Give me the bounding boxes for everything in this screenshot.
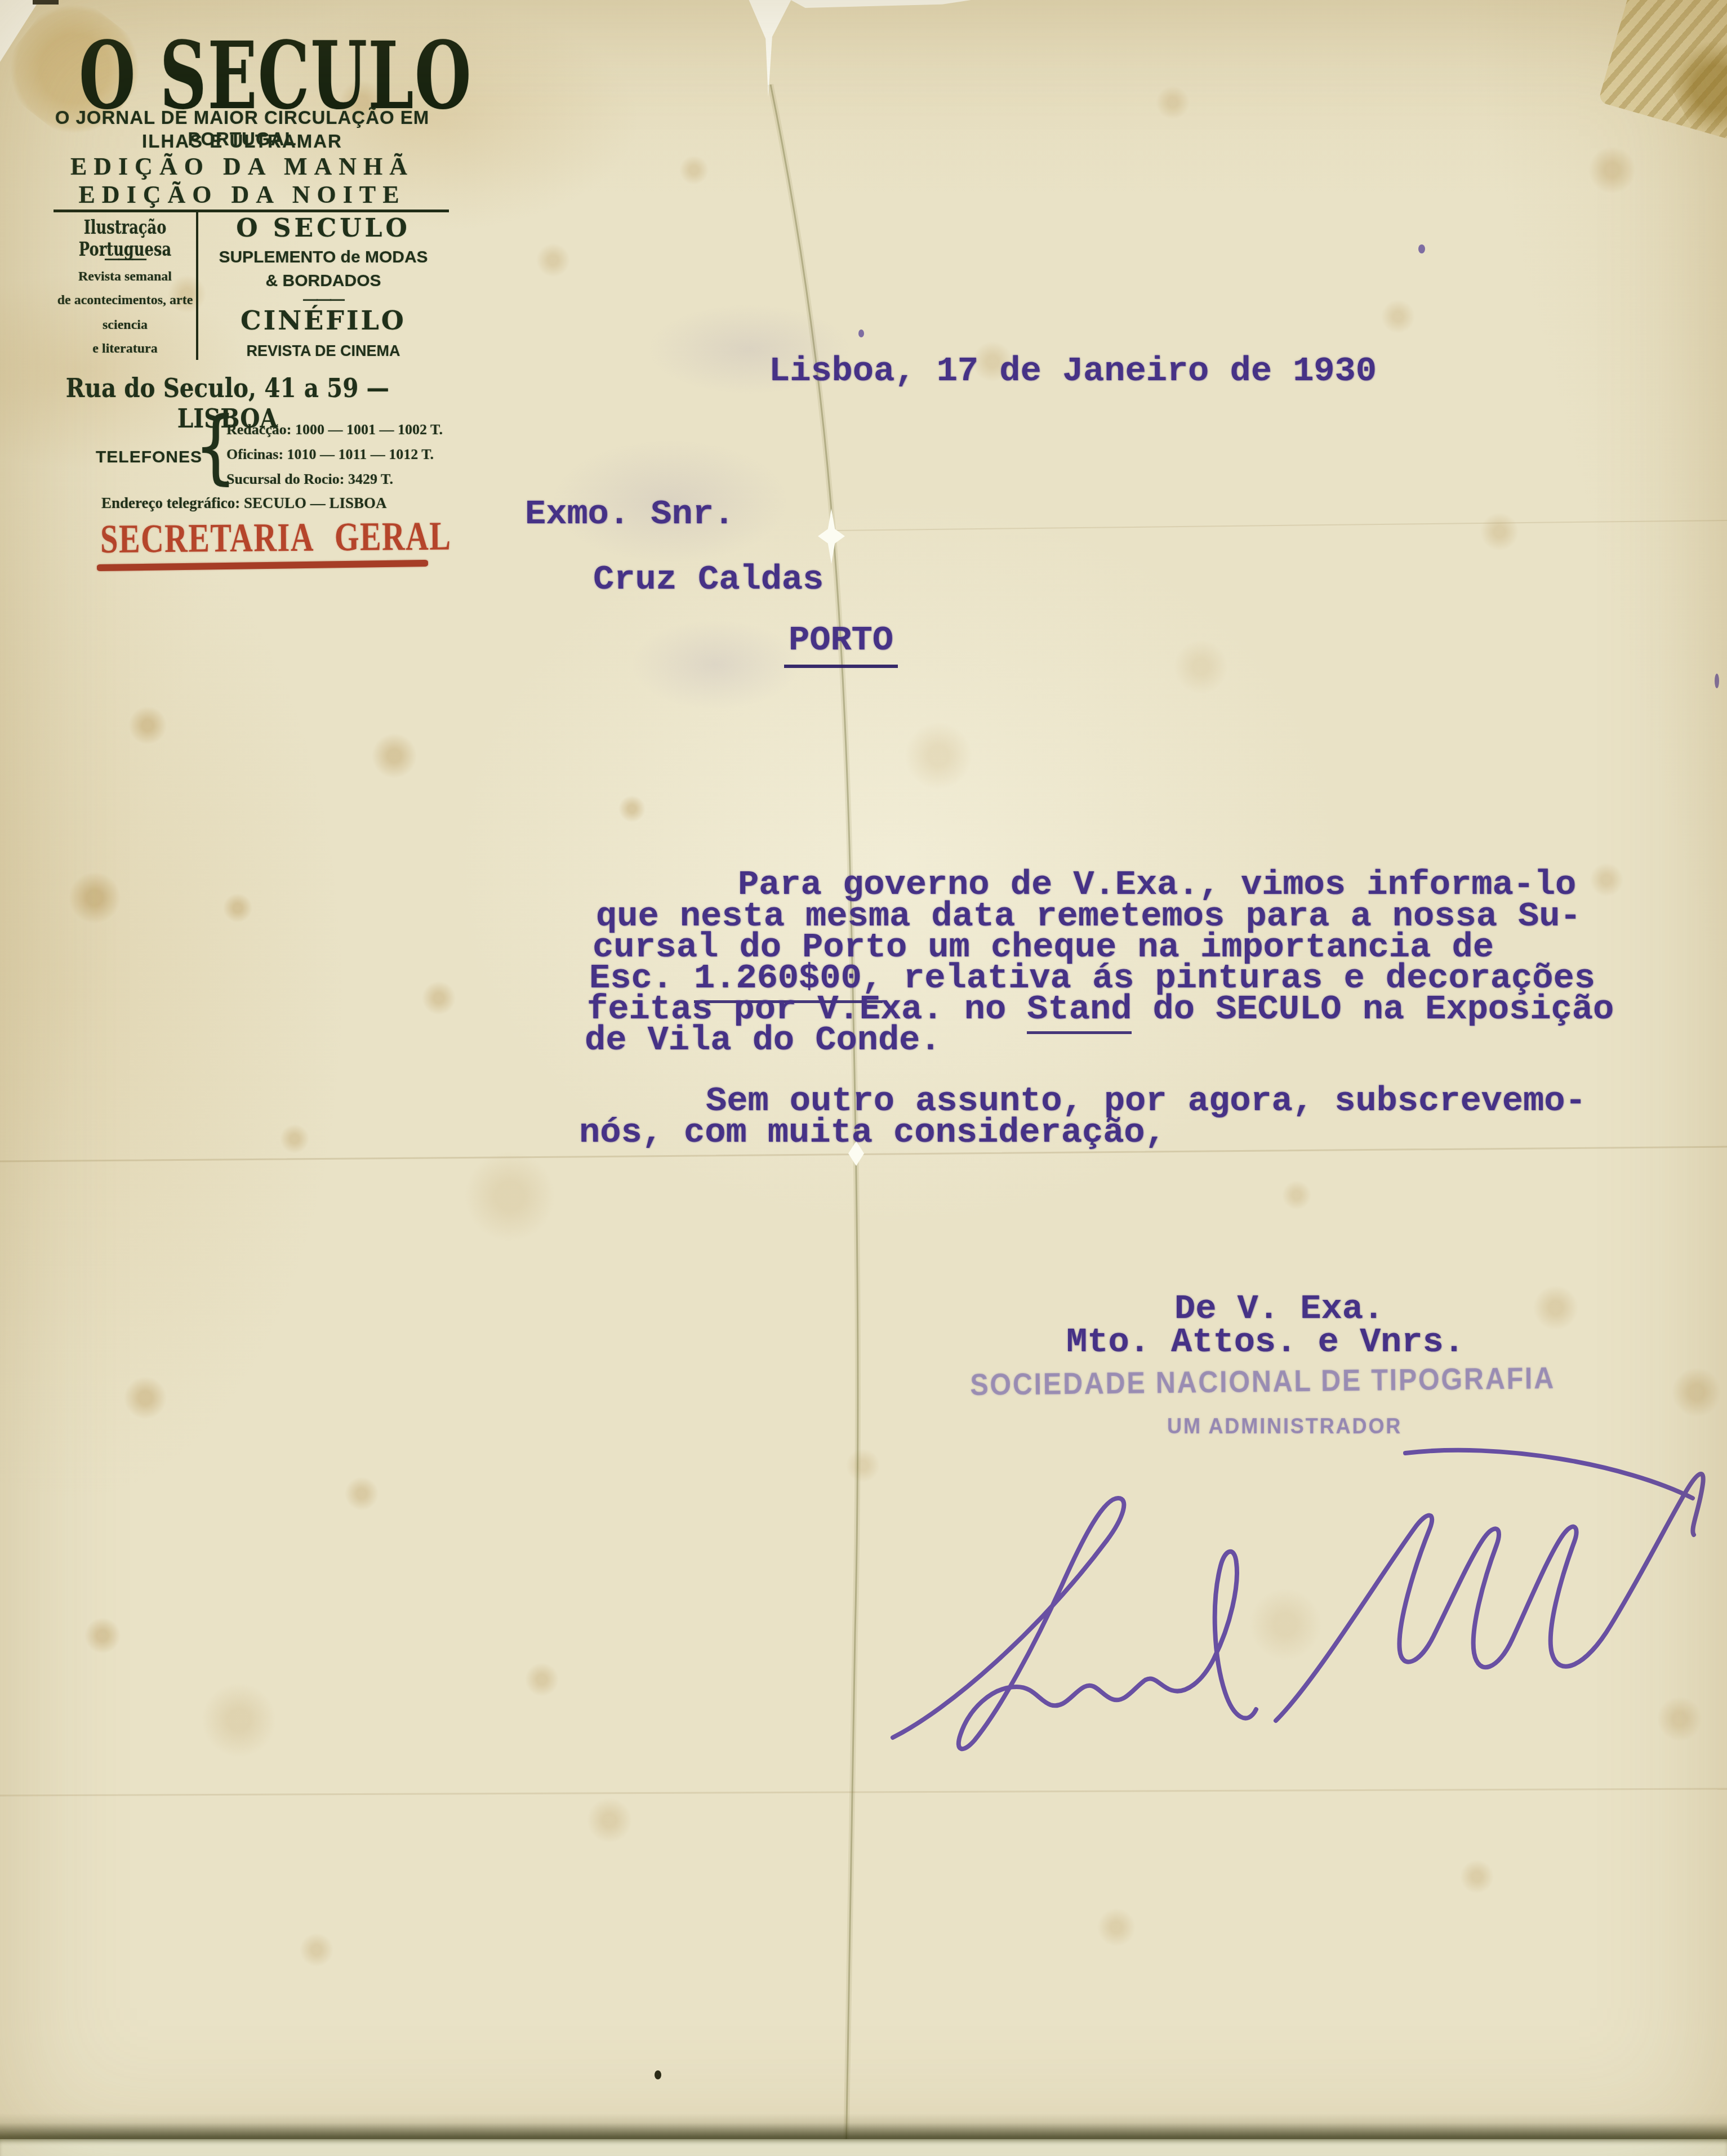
body-line: nós, com muita consideração,	[579, 1115, 1166, 1150]
date-line: Lisboa, 17 de Janeiro de 1930	[769, 354, 1377, 389]
paper-hole-dot	[655, 2070, 661, 2079]
letterhead-subtitle-islands: ILHAS E ULTRAMAR	[34, 131, 451, 152]
edition-night-line: EDIÇÃO DA NOITE	[34, 180, 451, 209]
publication-ilustracao-line: sciencia	[55, 318, 195, 333]
publication-seculo-title: O SECULO	[198, 214, 448, 243]
publication-seculo-line: & BORDADOS	[198, 271, 448, 291]
addressee-name: Cruz Caldas	[593, 562, 824, 597]
phone-line-oficinas: Oficinas: 1010 — 1011 — 1012 T.	[226, 446, 434, 463]
publication-ilustracao-line: de acontecimentos, arte	[55, 293, 195, 308]
divider-dash: ———	[55, 250, 195, 268]
addressee-city: PORTO	[784, 620, 898, 668]
edition-morning-line: EDIÇÃO DA MANHÃ	[34, 152, 451, 181]
telegraph-address: Endereço telegráfico: SECULO — LISBOA	[101, 495, 386, 512]
page-bottom-edge-shadow	[0, 2113, 1727, 2140]
edge-mark-top	[33, 0, 59, 5]
closing-line: Mto. Attos. e Vnrs.	[1066, 1325, 1465, 1360]
publication-cinefilo-subtitle: REVISTA DE CINEMA	[198, 342, 448, 360]
scanner-background-strip	[0, 2139, 1727, 2156]
handwritten-signature	[870, 1445, 1727, 1794]
company-stamp-name: SOCIEDADE NACIONAL DE TIPOGRAFIA	[970, 1361, 1555, 1402]
underlined-word-stand: Stand	[1027, 989, 1132, 1034]
phone-line-sucursal: Sucursal do Rocio: 3429 T.	[226, 471, 393, 488]
publication-cinefilo-title: CINÉFILO	[198, 305, 448, 336]
ink-fleck	[1418, 244, 1425, 253]
publication-seculo-line: SUPLEMENTO de MODAS	[198, 248, 448, 267]
publication-ilustracao-line: e literatura	[55, 341, 195, 357]
ink-fleck	[1715, 674, 1719, 688]
body-text-segment: do SECULO na Exposição	[1132, 989, 1614, 1029]
body-line: de Vila do Conde.	[585, 1023, 941, 1058]
phones-label: TELEFONES	[96, 448, 202, 467]
closing-line: De V. Exa.	[1174, 1291, 1384, 1326]
scanned-letter-page: O SECULO O JORNAL DE MAIOR CIRCULAÇÃO EM…	[0, 0, 1727, 2156]
phone-line-redaccao: Redacção: 1000 — 1001 — 1002 T.	[226, 421, 443, 438]
salutation: Exmo. Snr.	[525, 497, 735, 532]
company-stamp-role: UM ADMINISTRADOR	[1167, 1415, 1402, 1439]
secretaria-geral-stamp: SECRETARIA GERAL	[100, 513, 452, 563]
publication-ilustracao-line: Revista semanal	[55, 269, 195, 284]
ink-fleck	[858, 329, 864, 337]
